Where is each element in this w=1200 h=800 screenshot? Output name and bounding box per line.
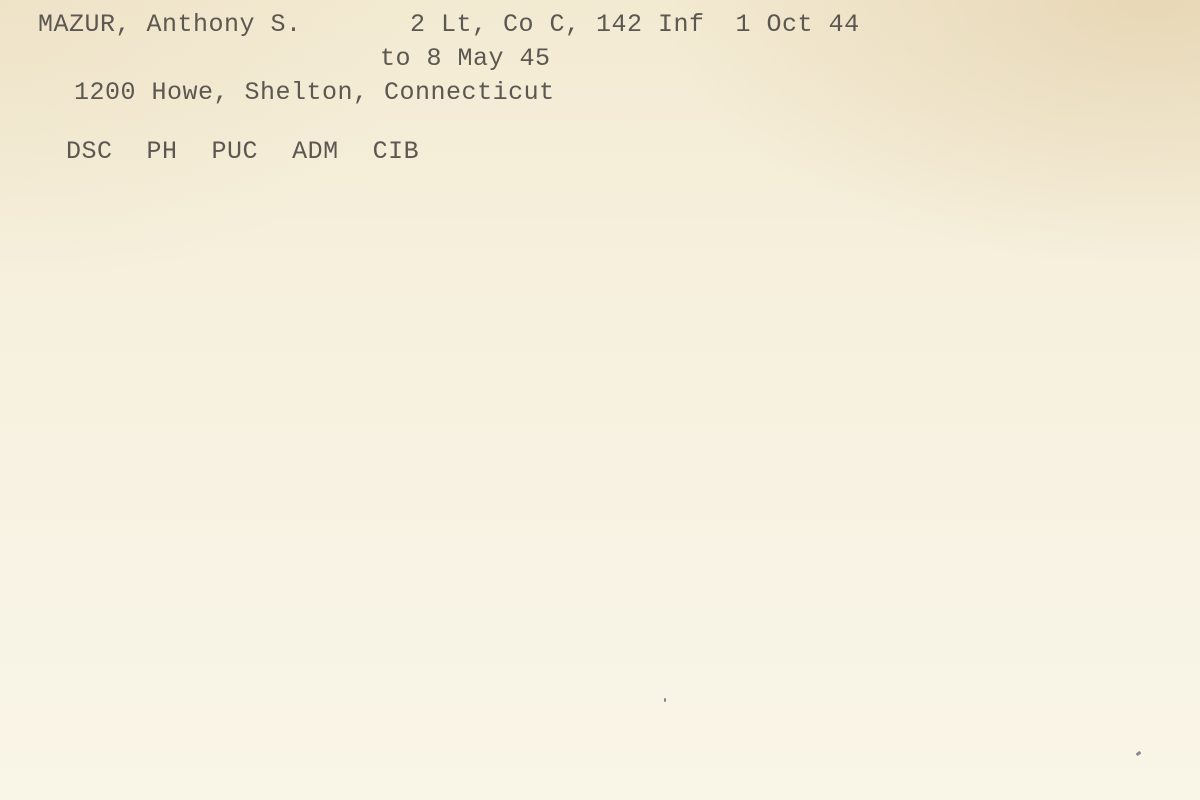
paper-speck <box>664 698 666 702</box>
home-address: 1200 Howe, Shelton, Connecticut <box>74 80 555 105</box>
award-puc: PUC <box>212 137 259 166</box>
soldier-name: MAZUR, Anthony S. <box>38 12 302 37</box>
award-ph: PH <box>147 137 178 166</box>
award-adm: ADM <box>292 137 339 166</box>
award-cib: CIB <box>373 137 420 166</box>
awards-list: DSCPHPUCADMCIB <box>4 114 453 189</box>
paper-speck <box>1136 751 1142 756</box>
award-dsc: DSC <box>66 137 113 166</box>
service-end-date: to 8 May 45 <box>380 46 551 71</box>
service-unit-dates: 2 Lt, Co C, 142 Inf 1 Oct 44 <box>410 12 860 37</box>
index-card: MAZUR, Anthony S. 2 Lt, Co C, 142 Inf 1 … <box>0 0 1200 800</box>
